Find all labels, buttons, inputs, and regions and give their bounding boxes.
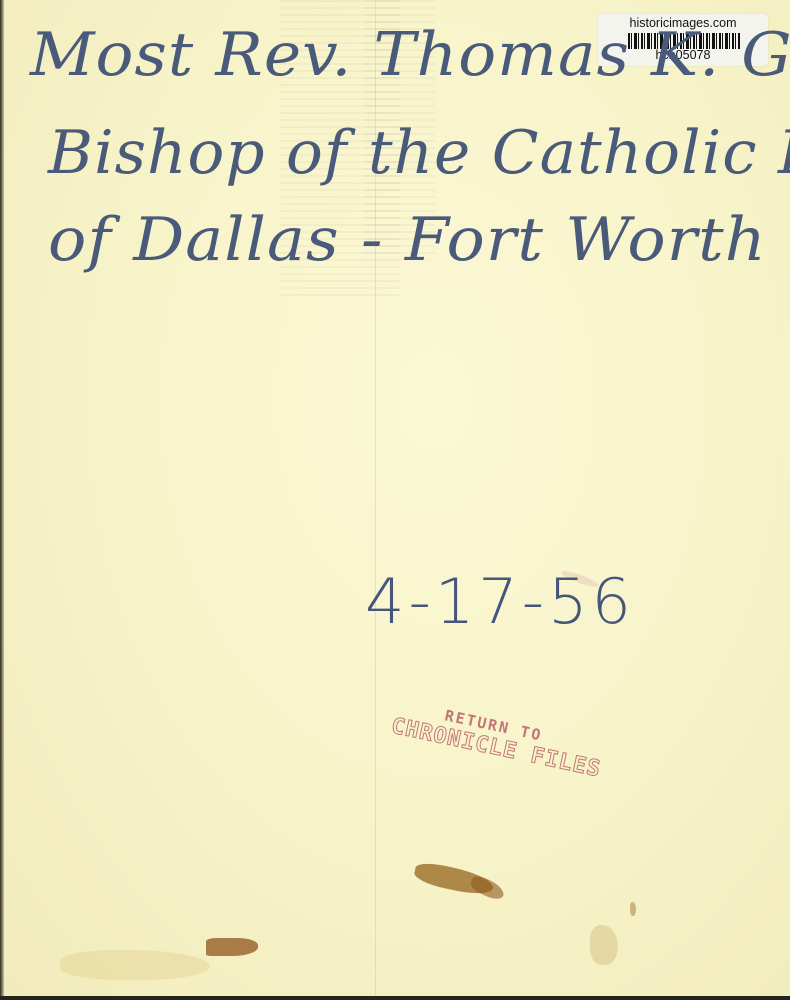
photo-back: historicimages.com hcb05078 Most Rev. Th… [0, 0, 790, 1000]
handwritten-diocese: of Dallas - Fort Worth — [48, 205, 790, 275]
scan-edge-bottom [0, 996, 790, 1000]
stain [60, 950, 210, 980]
handwritten-name: Most Rev. Thomas K. Gorman [30, 20, 790, 90]
scan-edge-left [0, 0, 4, 1000]
handwritten-date: 4-17-56 [365, 565, 635, 638]
return-stamp: RETURN TO CHRONICLE FILES [389, 696, 607, 782]
stain [630, 902, 636, 916]
stain [206, 938, 258, 956]
stain [590, 925, 618, 965]
stain [468, 873, 506, 902]
handwritten-title: Bishop of the Catholic Diocese [48, 118, 790, 188]
